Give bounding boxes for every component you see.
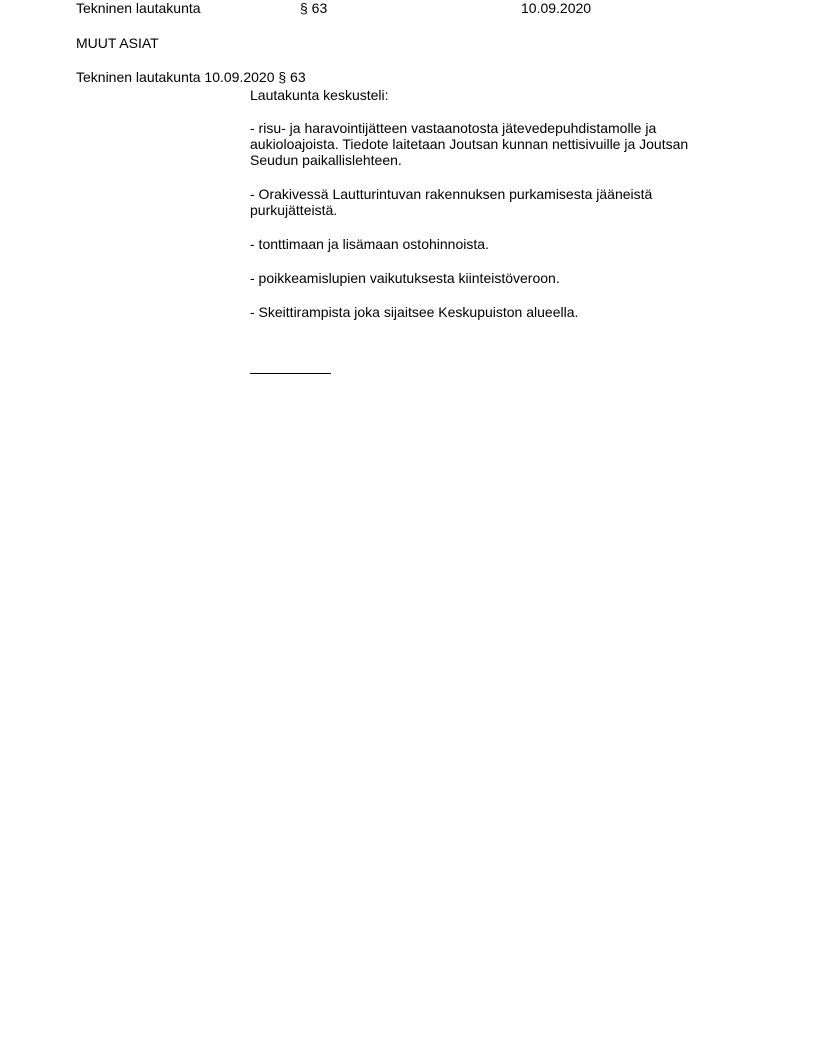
header-date: 10.09.2020 — [521, 0, 591, 16]
meeting-reference: Tekninen lautakunta 10.09.2020 § 63 — [76, 69, 306, 85]
discussion-item: - Skeittirampista joka sijaitsee Keskupu… — [250, 304, 720, 320]
section-title: MUUT ASIAT — [76, 35, 159, 51]
discussion-item: - poikkeamislupien vaikutuksesta kiintei… — [250, 270, 720, 286]
header-board-name: Tekninen lautakunta — [76, 0, 201, 16]
discussion-item: - risu- ja haravointijätteen vastaanotos… — [250, 120, 720, 168]
minutes-intro: Lautakunta keskusteli: — [250, 87, 720, 103]
header-section-number: § 63 — [300, 0, 327, 16]
minutes-body: Lautakunta keskusteli: - risu- ja haravo… — [250, 87, 720, 338]
discussion-item: - tonttimaan ja lisämaan ostohinnoista. — [250, 236, 720, 252]
discussion-item: - Orakivessä Lautturintuvan rakennuksen … — [250, 186, 720, 218]
signature-line — [250, 373, 331, 374]
